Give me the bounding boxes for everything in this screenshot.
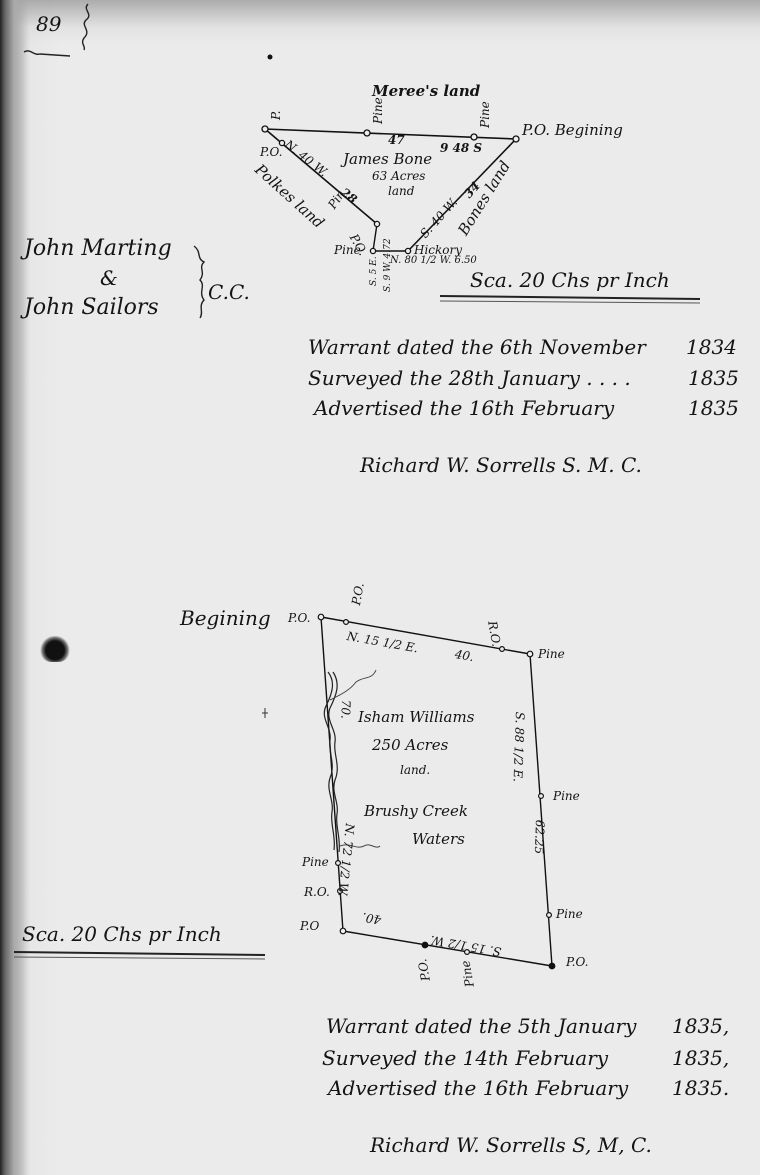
plat-2-drawing [0,0,760,1175]
plat2-tract-owner: Isham Williams [358,710,474,725]
plat2-call-east: S. 88 1/2 E. [512,712,526,783]
plat2-po-bottom-right: P.O. [566,956,588,968]
warrant2-row-1-year: 1835, [672,1048,729,1068]
plat2-pine-top-right: Pine [538,648,565,660]
plat2-po-top-left: P.O. [288,612,310,624]
plat2-call-north-dist: 40. [454,648,475,663]
plat2-call-east-dist: 62.25 [533,820,546,855]
plat2-land-label: land. [400,764,430,776]
plat2-ro-left: R.O. [304,886,330,898]
plat2-waters-1: Brushy Creek [364,804,468,819]
signature-2: Richard W. Sorrells S, M, C. [370,1135,652,1155]
plat2-acres: 250 Acres [372,738,448,753]
plat2-scale: Sca. 20 Chs pr Inch [22,924,222,944]
plat2-pine-right-lower: Pine [556,908,583,920]
plat2-waters-2: Waters [412,832,465,847]
warrant2-row-0-label: Warrant dated the 5th January [326,1016,636,1036]
plat2-po-bottom-left: P.O [300,920,319,932]
plat2-call-west-dist: 70. [339,700,352,720]
plat2-call-south-dist: 40. [361,911,382,926]
warrant2-row-2-year: 1835. [672,1078,729,1098]
plat2-pine-right: Pine [553,790,580,802]
plat2-pine-left: Pine [302,856,329,868]
plat2-beginning-label: Begining [180,608,271,628]
plat2-po-marker-top: P.O. [350,582,366,606]
warrant2-row-2-label: Advertised the 16th February [328,1078,628,1098]
ink-blot [40,636,70,662]
plat2-po-bottom: P.O. [416,958,432,982]
warrant2-row-1-label: Surveyed the 14th February [322,1048,608,1068]
ledger-page: 89 Meree's land Pine Pine P. P.O. B [0,0,760,1175]
warrant2-row-0-year: 1835, [672,1016,729,1036]
